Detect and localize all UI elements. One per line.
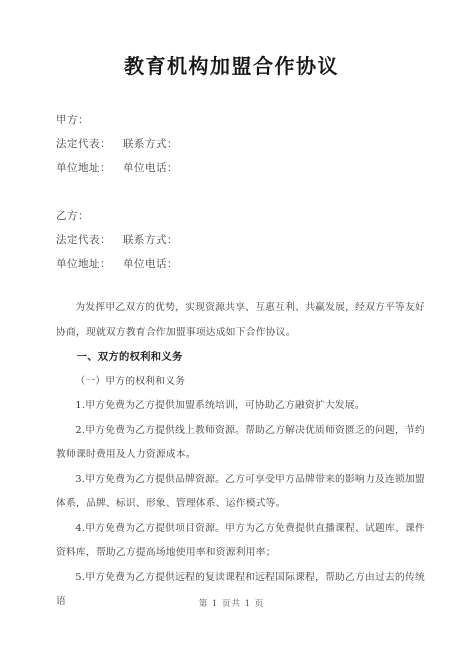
clause-1: 1.甲方免费为乙方提供加盟系统培训，可协助乙方融资扩大发展。	[56, 394, 425, 419]
party-a-rep-line: 法定代表：联系方式：	[56, 132, 425, 156]
party-b-legal-rep-label: 法定代表：	[56, 234, 111, 246]
page-number-footer: 第 1 页共 1 页	[0, 597, 463, 609]
section-heading: 一、双方的权利和义务	[56, 345, 425, 370]
party-b-address-label: 单位地址：	[56, 258, 111, 270]
clause-2: 2.甲方免费为乙方提供线上教师资源。帮助乙方解决优质师资匮乏的问题，节约教师课时…	[56, 419, 425, 468]
party-a-label: 甲方：	[56, 108, 425, 132]
clause-3: 3.甲方免费为乙方提供品牌资源。乙方可享受甲方品牌带来的影响力及连锁加盟体系，品…	[56, 468, 425, 517]
party-b-rep-line: 法定代表：联系方式：	[56, 228, 425, 252]
party-b-phone-label: 单位电话：	[123, 258, 178, 270]
subsection-heading: （一）甲方的权利和义务	[56, 370, 425, 395]
party-a-contact-label: 联系方式：	[123, 138, 178, 150]
party-b-contact-label: 联系方式：	[123, 234, 178, 246]
party-a-legal-rep-label: 法定代表：	[56, 138, 111, 150]
party-b-block: 乙方： 法定代表：联系方式： 单位地址：单位电话：	[56, 204, 425, 276]
clause-4: 4.甲方免费为乙方提供项目资源。甲方为乙方免费提供直播课程、试题库、课件资料库，…	[56, 517, 425, 566]
blank-line	[56, 180, 425, 204]
party-a-phone-label: 单位电话：	[123, 162, 178, 174]
document-title: 教育机构加盟合作协议	[0, 0, 463, 79]
party-b-label: 乙方：	[56, 204, 425, 228]
document-content: 甲方： 法定代表：联系方式： 单位地址：单位电话： 乙方： 法定代表：联系方式：…	[0, 79, 463, 615]
blank-line	[56, 276, 425, 296]
party-a-block: 甲方： 法定代表：联系方式： 单位地址：单位电话：	[56, 108, 425, 180]
intro-paragraph: 为发挥甲乙双方的优势，实现资源共享、互惠互利、共赢发展，经双方平等友好协商，现就…	[56, 296, 425, 345]
document-page: 教育机构加盟合作协议 甲方： 法定代表：联系方式： 单位地址：单位电话： 乙方：…	[0, 0, 463, 655]
party-a-address-label: 单位地址：	[56, 162, 111, 174]
party-b-address-line: 单位地址：单位电话：	[56, 252, 425, 276]
party-a-address-line: 单位地址：单位电话：	[56, 156, 425, 180]
